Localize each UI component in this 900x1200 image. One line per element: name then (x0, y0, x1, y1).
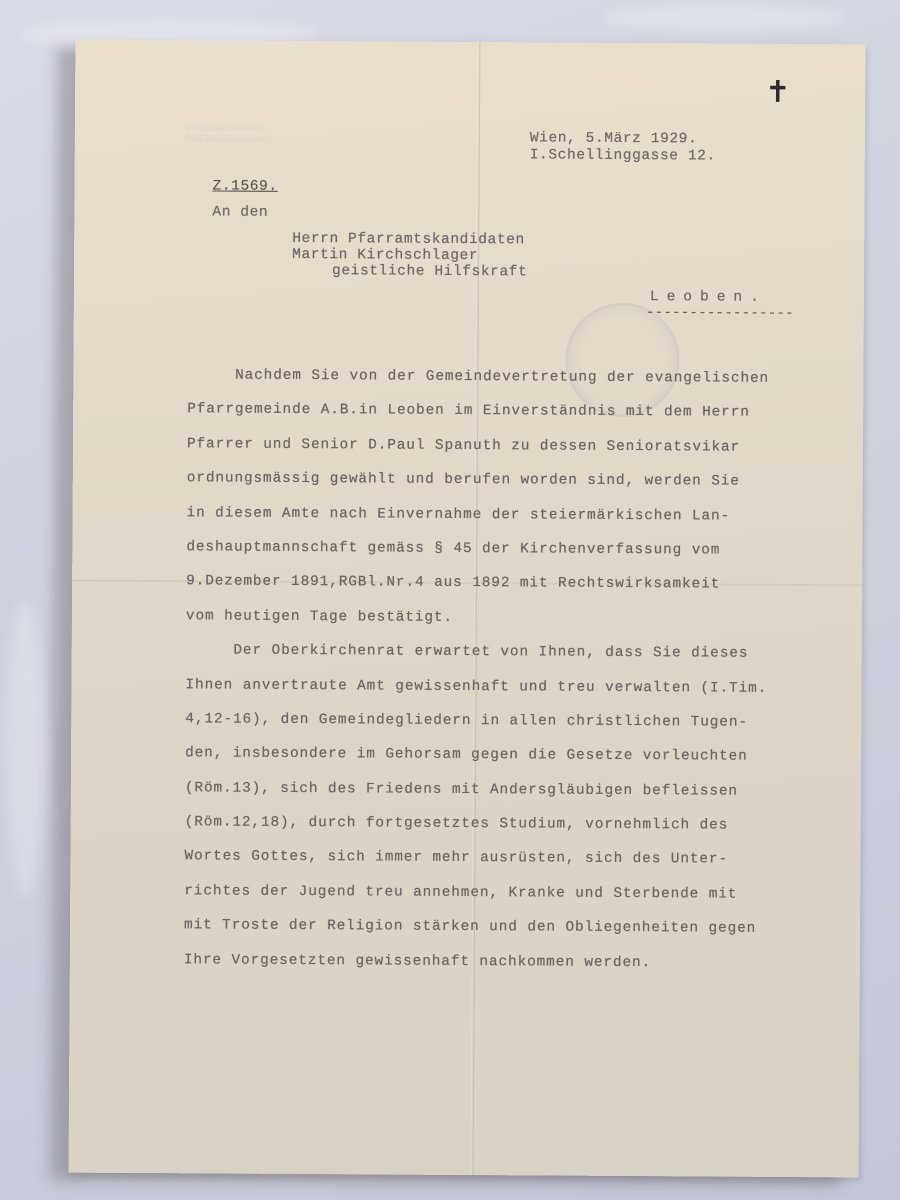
body-line: Pfarrgemeinde A.B.in Leoben im Einverstä… (187, 393, 867, 432)
letterhead-line-2: OBERKIRCHENRAT (185, 133, 273, 145)
body-line: Der Oberkirchenrat erwartet von Ihnen, d… (186, 633, 866, 672)
salutation: An den (212, 204, 268, 220)
letter-body: Nachdem Sie von der Gemeindevertretung d… (184, 358, 868, 981)
body-line: Ihre Vorgesetzten gewissenhaft nachkomme… (184, 943, 864, 982)
body-line: 4,12-16), den Gemeindegliedern in allen … (185, 702, 865, 741)
body-line: (Röm.13), sich des Friedens mit Andersgl… (185, 771, 865, 810)
body-line: richtes der Jugend treu annehmen, Kranke… (184, 874, 864, 913)
body-line: 9.Dezember 1891,RGBl.Nr.4 aus 1892 mit R… (186, 565, 866, 604)
cross-icon: ✝ (765, 78, 790, 108)
recipient-title: Herrn Pfarramtskandidaten (292, 231, 525, 248)
sender-address: I.Schellinggasse 12. (530, 147, 716, 164)
cloth-background-fold (5, 600, 45, 900)
body-line: Ihnen anvertraute Amt gewissenhaft und t… (185, 668, 865, 707)
body-line: Wortes Gottes, sich immer mehr ausrüsten… (184, 840, 864, 879)
body-line: mit Troste der Religion stärken und den … (184, 909, 864, 948)
body-line: deshauptmannschaft gemäss § 45 der Kirch… (186, 530, 866, 569)
recipient-name-text: Martin Kirchschlager (292, 247, 478, 264)
body-line: ordnungsmässig gewählt und berufen worde… (187, 461, 867, 500)
recipient-role: geistliche Hilfskraft (332, 263, 527, 280)
city-underline: ----------------- (646, 305, 794, 322)
body-line: den, insbesondere im Gehorsam gegen die … (185, 737, 865, 776)
body-line: Nachdem Sie von der Gemeindevertretung d… (187, 358, 867, 397)
body-line: Pfarrer und Senior D.Paul Spanuth zu des… (187, 427, 867, 466)
embossed-letterhead: EVANGELISCHER OBERKIRCHENRAT (185, 122, 273, 145)
letterhead-line-1: EVANGELISCHER (185, 122, 273, 134)
body-line: in diesem Amte nach Einvernahme der stei… (186, 496, 866, 535)
body-line: vom heutigen Tage bestätigt. (186, 599, 866, 638)
place-date: Wien, 5.März 1929. (530, 130, 698, 147)
reference-number: Z.1569. (213, 178, 278, 194)
letter-paper: EVANGELISCHER OBERKIRCHENRAT ✝ Wien, 5.M… (69, 40, 866, 1178)
cloth-background-fold (600, 5, 850, 30)
body-line: (Röm.12,18), durch fortgesetztes Studium… (185, 805, 865, 844)
recipient-city: Leoben. (650, 289, 767, 306)
recipient-name: Martin Kirchschlager (292, 247, 478, 264)
